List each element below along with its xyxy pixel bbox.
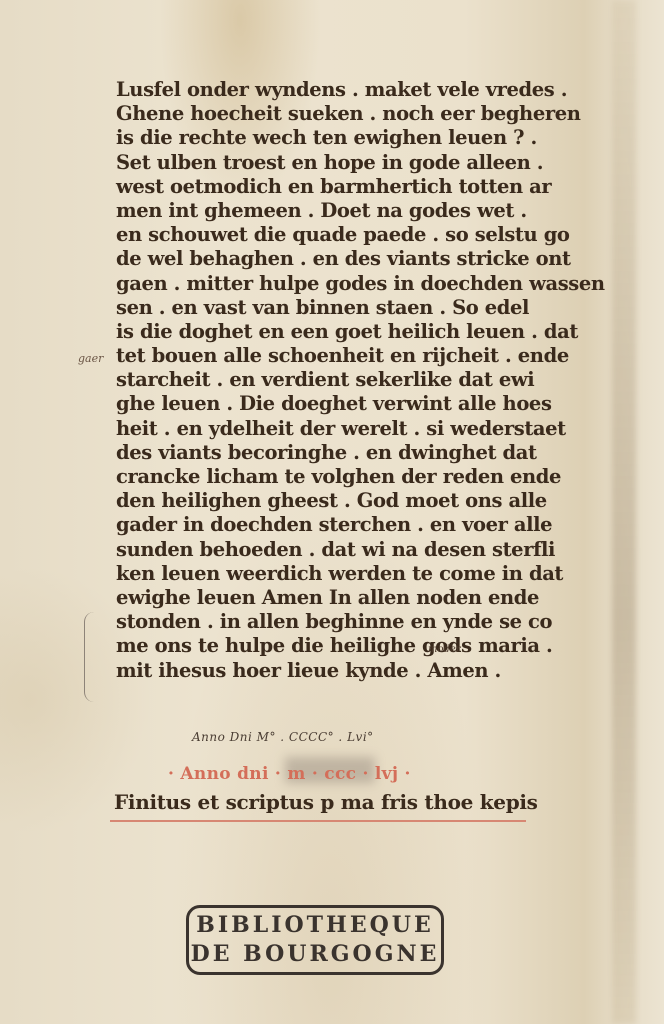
text-line: gader in doechden sterchen . en voer all… xyxy=(116,513,600,537)
text-line: ken leuen weerdich werden te come in dat xyxy=(116,562,600,586)
colophon: Finitus et scriptus p ma fris thoe kepis xyxy=(114,790,538,814)
text-line: en schouwet die quade paede . so selstu … xyxy=(116,223,600,247)
text-line: stonden . in allen beghinne en ynde se c… xyxy=(116,610,600,634)
text-line: crancke licham te volghen der reden ende xyxy=(116,465,600,489)
text-line: Set ulben troest en hope in gode alleen … xyxy=(116,151,600,175)
rubricated-date: · Anno dni · m · ccc · lvj · xyxy=(168,764,411,784)
margin-gloss: gaer xyxy=(78,352,103,365)
text-line: sunden behoeden . dat wi na desen sterfl… xyxy=(116,538,600,562)
text-line: tet bouen alle schoenheit en rijcheit . … xyxy=(116,344,600,368)
text-line: me ons te hulpe die heilighe gods maria … xyxy=(116,634,600,658)
margin-brace xyxy=(84,612,103,702)
library-stamp: BIBLIOTHEQUE DE BOURGOGNE xyxy=(186,905,444,975)
date-note: Anno Dni M° . CCCC° . Lvi° xyxy=(192,730,374,744)
text-line: is die doghet en een goet heilich leuen … xyxy=(116,320,600,344)
text-line: men int ghemeen . Doet na godes wet . xyxy=(116,199,600,223)
text-line: heit . en ydelheit der werelt . si weder… xyxy=(116,417,600,441)
text-line: gaen . mitter hulpe godes in doechden wa… xyxy=(116,272,600,296)
text-line: den heilighen gheest . God moet ons alle xyxy=(116,489,600,513)
stamp-line-1: BIBLIOTHEQUE xyxy=(189,911,441,940)
text-line: des viants becoringhe . en dwinghet dat xyxy=(116,441,600,465)
text-line: west oetmodich en barmhertich totten ar xyxy=(116,175,600,199)
interlinear-gloss: moder xyxy=(428,644,461,655)
text-line: Lusfel onder wyndens . maket vele vredes… xyxy=(116,78,600,102)
manuscript-text-block: Lusfel onder wyndens . maket vele vredes… xyxy=(116,78,600,683)
text-line: ghe leuen . Die doeghet verwint alle hoe… xyxy=(116,392,600,416)
text-line: starcheit . en verdient sekerlike dat ew… xyxy=(116,368,600,392)
text-line: is die rechte wech ten ewighen leuen ? . xyxy=(116,126,600,150)
text-line: mit ihesus hoer lieue kynde . Amen . xyxy=(116,659,600,683)
text-line: Ghene hoecheit sueken . noch eer beghere… xyxy=(116,102,600,126)
manuscript-page: Lusfel onder wyndens . maket vele vredes… xyxy=(0,0,664,1024)
gutter-stain xyxy=(612,0,636,1024)
text-line: ewighe leuen Amen In allen noden ende xyxy=(116,586,600,610)
colophon-underline xyxy=(110,820,526,822)
text-line: sen . en vast van binnen staen . So edel xyxy=(116,296,600,320)
text-line: de wel behaghen . en des viants stricke … xyxy=(116,247,600,271)
stamp-line-2: DE BOURGOGNE xyxy=(189,940,441,969)
